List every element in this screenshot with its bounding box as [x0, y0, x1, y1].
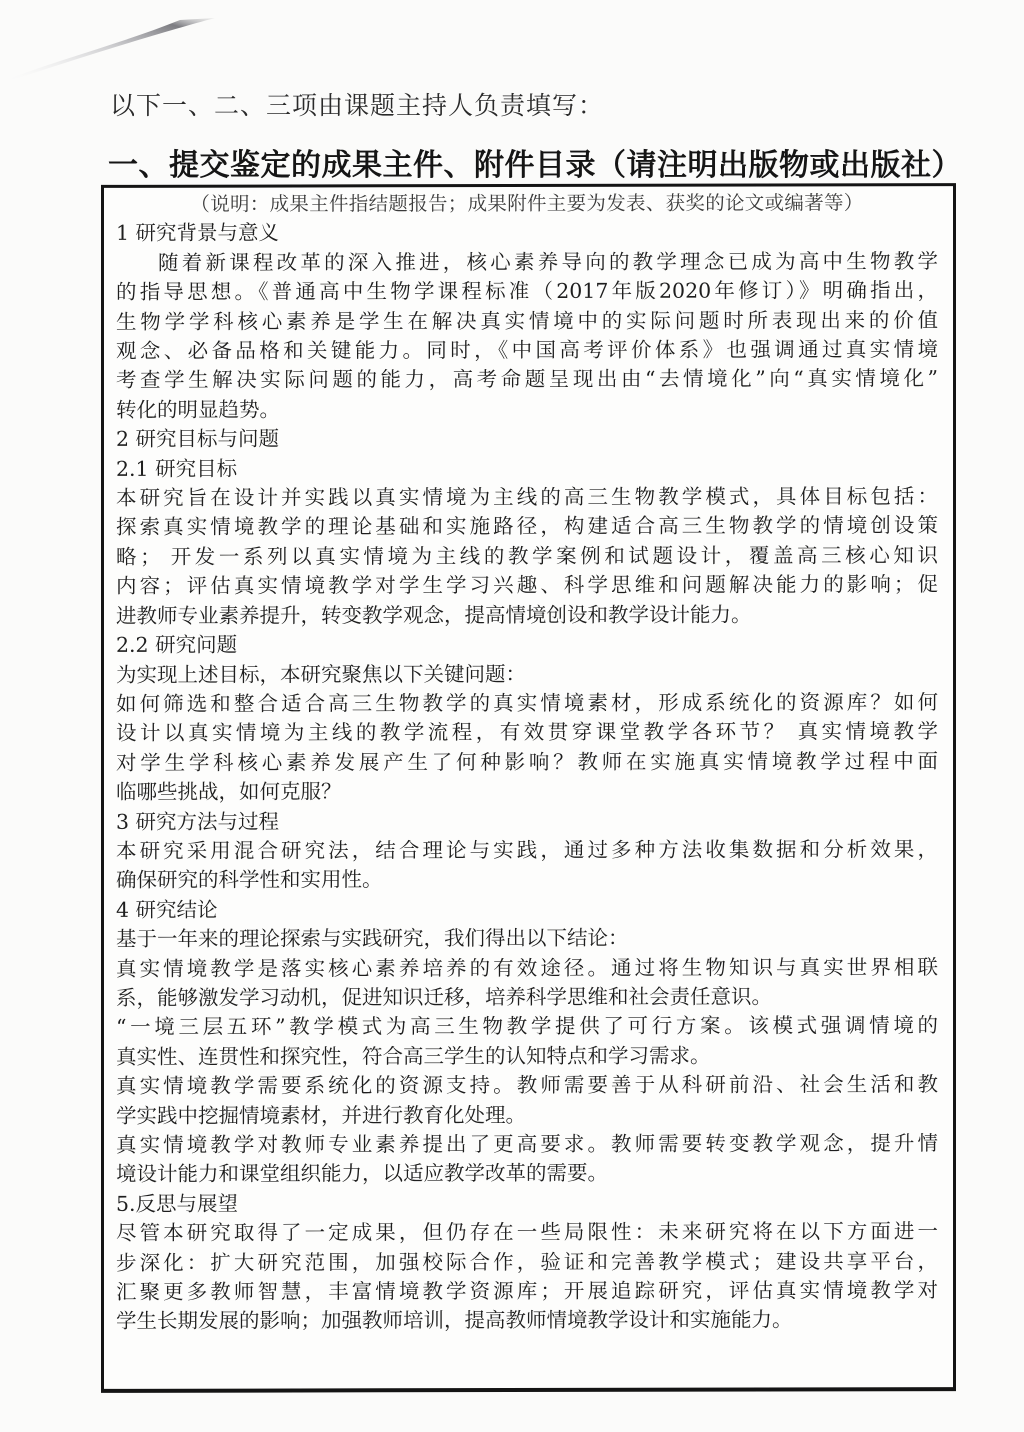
heading-reflection-outlook: 5.反思与展望	[116, 1188, 938, 1219]
heading-research-methods: 3 研究方法与过程	[116, 806, 938, 837]
paragraph-line: 真实情境教学需要系统化的资源支持。教师需要善于从科研前沿、社会生活和教	[116, 1070, 938, 1101]
paragraph-line: 本研究采用混合研究法，结合理论与实践，通过多种方法收集数据和分析效果，	[116, 835, 938, 866]
heading-research-goals: 2.1 研究目标	[116, 453, 938, 484]
paragraph-line: 设计以真实情境为主线的教学流程，有效贯穿课堂教学各环节？ 真实情境教学	[116, 717, 938, 748]
paragraph-line: 略； 开发一系列以真实情境为主线的教学案例和试题设计，覆盖高三核心知识	[116, 541, 938, 572]
paragraph-line: 步深化：扩大研究范围，加强校际合作，验证和完善教学模式；建设共享平台，	[116, 1247, 938, 1278]
paragraph-line: 探索真实情境教学的理论基础和实施路径，构建适合高三生物教学的情境创设策	[116, 512, 938, 543]
paragraph-line: 学生长期发展的影响；加强教师培训，提高教师情境教学设计和实施能力。	[116, 1306, 938, 1337]
heading-research-questions: 2.2 研究问题	[116, 629, 938, 660]
form-instruction: 以下一、二、三项由课题主持人负责填写：	[110, 86, 604, 122]
paragraph-line: 为实现上述目标，本研究聚焦以下关键问题：	[116, 659, 938, 690]
paragraph-line: 尽管本研究取得了一定成果，但仍存在一些局限性：未来研究将在以下方面进一	[116, 1217, 938, 1248]
paragraph-line: 境设计能力和课堂组织能力，以适应教学改革的需要。	[116, 1159, 938, 1190]
paragraph-line: 本研究旨在设计并实践以真实情境为主线的高三生物教学模式，具体目标包括：	[116, 482, 938, 513]
paragraph-line: 汇聚更多教师智慧，丰富情境教学资源库；开展追踪研究，评估真实情境教学对	[116, 1276, 938, 1307]
paragraph-line: 基于一年来的理论探索与实践研究，我们得出以下结论：	[116, 923, 938, 954]
section-heading: 一、提交鉴定的成果主件、附件目录（请注明出版物或出版社）	[108, 140, 962, 184]
paragraph-line: 对学生学科核心素养发展产生了何种影响？教师在实施真实情境教学过程中面	[116, 747, 938, 778]
paragraph-line: 真实情境教学是落实核心素养培养的有效途径。通过将生物知识与真实世界相联	[116, 953, 938, 984]
paragraph-line: 观念、必备品格和关键能力。同时，《中国高考评价体系》也强调通过真实情境	[116, 335, 938, 366]
paragraph-line: 随着新课程改革的深入推进，核心素养导向的教学理念已成为高中生物教学	[116, 247, 938, 278]
paragraph-line: 系，能够激发学习动机，促进知识迁移，培养科学思维和社会责任意识。	[116, 982, 938, 1013]
paragraph-line: 进教师专业素养提升，转变教学观念，提高情境创设和教学设计能力。	[116, 600, 938, 631]
paragraph-line: 内容；评估真实情境教学对学生学习兴趣、科学思维和问题解决能力的影响；促	[116, 570, 938, 601]
report-body: （说明：成果主件指结题报告；成果附件主要为发表、获奖的论文或编著等） 1 研究背…	[116, 188, 938, 1337]
heading-research-goals-questions: 2 研究目标与问题	[116, 423, 938, 454]
content-box: （说明：成果主件指结题报告；成果附件主要为发表、获奖的论文或编著等） 1 研究背…	[101, 183, 956, 1393]
paragraph-line: 考查学生解决实际问题的能力，高考命题呈现出由“去情境化”向“真实情境化”	[116, 365, 938, 396]
page-fold-shadow	[0, 14, 230, 84]
paragraph-line: 临哪些挑战，如何克服？	[116, 776, 938, 807]
heading-research-conclusions: 4 研究结论	[116, 894, 938, 925]
paragraph-line: 生物学学科核心素养是学生在解决真实情境中的实际问题时所表现出来的价值	[116, 306, 938, 337]
paragraph-line: 真实情境教学对教师专业素养提出了更高要求。教师需要转变教学观念，提升情	[116, 1129, 938, 1160]
paragraph-line: 的指导思想。《普通高中生物学课程标准（2017年版2020年修订）》明确指出，	[116, 276, 938, 307]
paragraph-line: “一境三层五环”教学模式为高三生物教学提供了可行方案。该模式强调情境的	[116, 1012, 938, 1043]
heading-research-background: 1 研究背景与意义	[116, 218, 938, 249]
explanatory-note: （说明：成果主件指结题报告；成果附件主要为发表、获奖的论文或编著等）	[116, 188, 938, 219]
paragraph-line: 确保研究的科学性和实用性。	[116, 864, 938, 895]
paragraph-line: 真实性、连贯性和探究性，符合高三学生的认知特点和学习需求。	[116, 1041, 938, 1072]
paragraph-line: 转化的明显趋势。	[116, 394, 938, 425]
paragraph-line: 学实践中挖掘情境素材，并进行教育化处理。	[116, 1100, 938, 1131]
paragraph-line: 如何筛选和整合适合高三生物教学的真实情境素材，形成系统化的资源库？如何	[116, 688, 938, 719]
